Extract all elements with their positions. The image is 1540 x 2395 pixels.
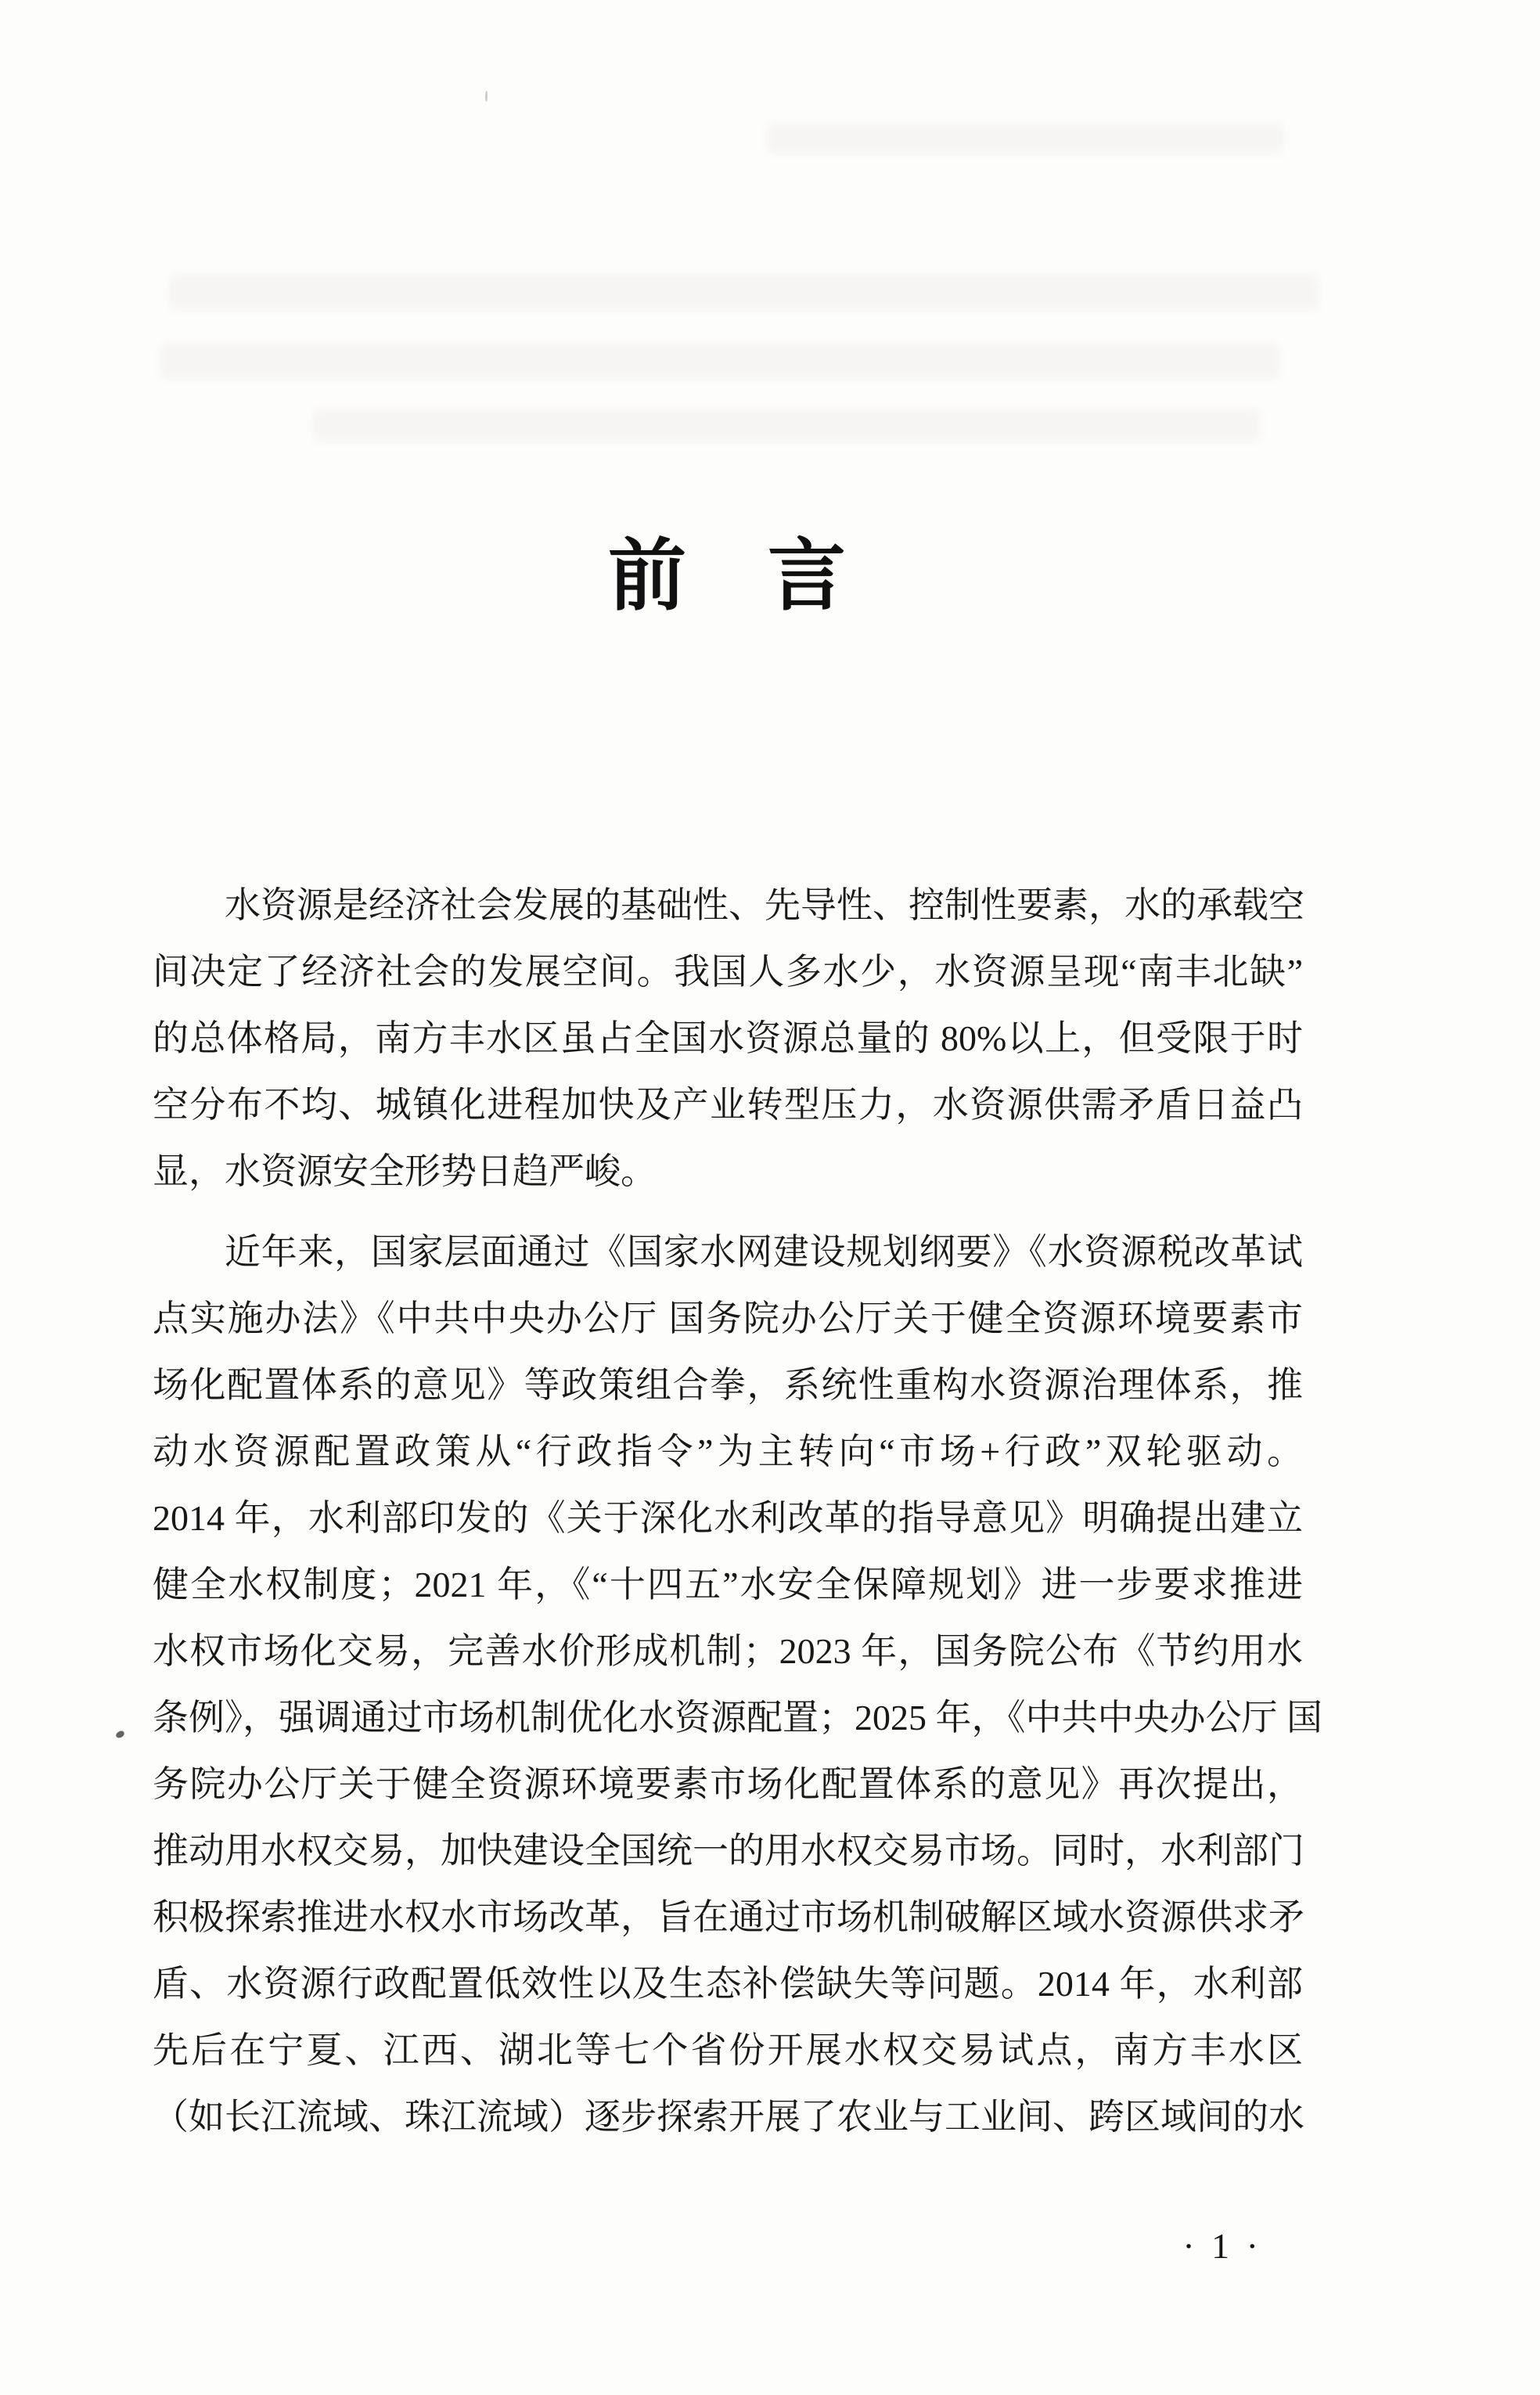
text-line: 条例》，强调通过市场机制优化水资源配置；2025 年，《中共中央办公厅 国 — [153, 1684, 1303, 1751]
text-line: 盾、水资源行政配置低效性以及生态补偿缺失等问题。2014 年，水利部 — [153, 1950, 1303, 2017]
title-block: 前 言 — [153, 513, 1303, 625]
book-page: 前 言 水资源是经济社会发展的基础性、先导性、控制性要素，水的承载空 间决定了经… — [0, 0, 1540, 2395]
page-title: 前 言 — [608, 513, 847, 625]
text-line: 水权市场化交易，完善水价形成机制；2023 年，国务院公布《节约用水 — [153, 1618, 1303, 1684]
text-line: （如长江流域、珠江流域）逐步探索开展了农业与工业间、跨区域间的水 — [153, 2083, 1303, 2150]
text-line: 务院办公厅关于健全资源环境要素市场化配置体系的意见》再次提出， — [153, 1751, 1303, 1817]
paragraph-1: 水资源是经济社会发展的基础性、先导性、控制性要素，水的承载空 间决定了经济社会的… — [153, 872, 1303, 1205]
bleed-through-artifact — [160, 343, 1279, 379]
bleed-through-artifact — [313, 409, 1260, 441]
text-line: 近年来，国家层面通过《国家水网建设规划纲要》《水资源税改革试 — [153, 1219, 1303, 1285]
text-line: 2014 年，水利部印发的《关于深化水利改革的指导意见》明确提出建立 — [153, 1485, 1303, 1551]
text-line: 动水资源配置政策从“行政指令”为主转向“市场+行政”双轮驱动。 — [153, 1418, 1303, 1485]
page-number: · 1 · — [153, 2225, 1303, 2267]
text-line: 空分布不均、城镇化进程加快及产业转型压力，水资源供需矛盾日益凸 — [153, 1071, 1303, 1138]
text-line: 先后在宁夏、江西、湖北等七个省份开展水权交易试点，南方丰水区 — [153, 2017, 1303, 2083]
ink-speck — [485, 91, 488, 102]
paragraph-2: 近年来，国家层面通过《国家水网建设规划纲要》《水资源税改革试 点实施办法》《中共… — [153, 1219, 1303, 2150]
text-line: 积极探索推进水权水市场改革，旨在通过市场机制破解区域水资源供求矛 — [153, 1884, 1303, 1950]
text-line: 显，水资源安全形势日趋严峻。 — [153, 1138, 1303, 1205]
text-line: 水资源是经济社会发展的基础性、先导性、控制性要素，水的承载空 — [153, 872, 1303, 938]
body-text: 水资源是经济社会发展的基础性、先导性、控制性要素，水的承载空 间决定了经济社会的… — [153, 872, 1303, 2150]
text-line: 健全水权制度；2021 年，《“十四五”水安全保障规划》进一步要求推进 — [153, 1551, 1303, 1618]
bleed-through-artifact — [169, 276, 1319, 310]
bleed-through-artifact — [767, 124, 1283, 153]
text-line: 间决定了经济社会的发展空间。我国人多水少，水资源呈现“南丰北缺” — [153, 938, 1303, 1005]
ink-speck — [115, 1730, 125, 1738]
text-line: 推动用水权交易，加快建设全国统一的用水权交易市场。同时，水利部门 — [153, 1817, 1303, 1884]
text-line: 点实施办法》《中共中央办公厅 国务院办公厅关于健全资源环境要素市 — [153, 1285, 1303, 1352]
text-line: 场化配置体系的意见》等政策组合拳，系统性重构水资源治理体系，推 — [153, 1352, 1303, 1418]
text-line: 的总体格局，南方丰水区虽占全国水资源总量的 80%以上，但受限于时 — [153, 1005, 1303, 1071]
